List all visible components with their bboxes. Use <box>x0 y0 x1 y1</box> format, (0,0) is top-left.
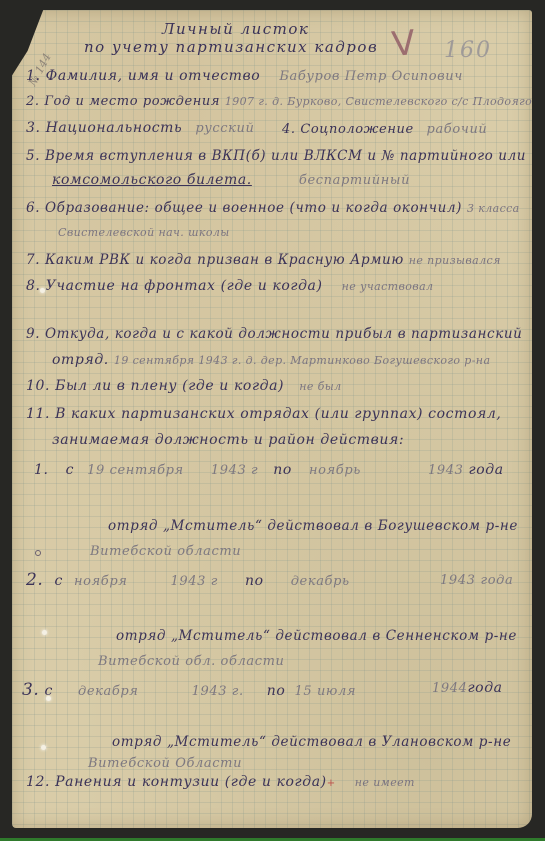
entry-2-from-date: ноября <box>74 574 127 589</box>
document-subtitle: по учету партизанских кадров <box>84 38 378 56</box>
field-5-value: беспартийный <box>299 173 410 188</box>
red-mark: + <box>327 778 336 789</box>
entry-2-detail-1: отряд „Мститель“ действовал в Сенненском… <box>116 628 517 644</box>
entry-3-to-year: 1944 <box>432 681 467 696</box>
entry-2-num: 2. <box>26 570 43 590</box>
field-7-label: 7. Каким РВК и когда призван в Красную А… <box>26 252 404 268</box>
entry-3-to-prefix: по <box>267 683 286 699</box>
field-12-label: 12. Ранения и контузии (где и когда) <box>26 774 327 790</box>
field-5-line2: комсомольского билета. беспартийный <box>52 172 410 188</box>
entry-2-dates: 2. с ноября 1943 г по декабрь <box>26 570 350 590</box>
field-10-value: не был <box>299 380 341 393</box>
entry-2-to-year: 1943 <box>440 573 475 588</box>
entry-3-dates: 3. с декабря 1943 г. по 15 июля <box>22 680 356 700</box>
field-5-label: комсомольского билета. <box>52 172 252 188</box>
field-12: 12. Ранения и контузии (где и когда)+ не… <box>26 774 415 790</box>
check-mark-icon: V <box>390 23 417 65</box>
field-8: 8. Участие на фронтах (где и когда) не у… <box>26 278 433 294</box>
entry-1-num: 1. <box>34 462 49 478</box>
field-9-value: 19 сентября 1943 г. д. дер. Мартинково Б… <box>114 354 491 367</box>
entry-1-dates: 1. с 19 сентября 1943 г по ноябрь <box>34 462 361 478</box>
field-4-label: 4. Соцположение <box>282 122 414 137</box>
scan-frame: № 144 Личный листок по учету партизански… <box>0 0 545 841</box>
pencil-number: 160 <box>444 38 492 63</box>
field-3-value: русский <box>195 121 254 136</box>
entry-1-to-date: ноябрь <box>309 463 361 478</box>
field-7: 7. Каким РВК и когда призван в Красную А… <box>26 252 501 268</box>
field-1: 1. Фамилия, имя и отчество Бабуров Петр … <box>26 68 463 84</box>
small-circle-mark <box>35 550 41 556</box>
entry-1-detail-1: отряд „Мститель“ действовал в Богушевско… <box>108 518 518 534</box>
binder-hole <box>40 288 45 293</box>
field-10-label: 10. Был ли в плену (где и когда) <box>26 378 284 394</box>
entry-1-to-prefix: по <box>273 462 292 478</box>
document-page: № 144 Личный листок по учету партизански… <box>12 10 532 828</box>
field-12-value: не имеет <box>355 776 415 789</box>
field-7-value: не призывался <box>409 254 501 267</box>
entry-2-detail-2: Витебской обл. области <box>98 654 285 669</box>
entry-3-from-year: 1943 г. <box>192 684 244 699</box>
field-8-value: не участвовал <box>342 280 434 293</box>
binder-hole <box>41 745 46 750</box>
field-3: 3. Национальность русский <box>26 120 254 136</box>
document-title: Личный листок <box>162 20 309 38</box>
entry-2-to-date: декабрь <box>291 574 350 589</box>
field-9-label: отряд. <box>52 352 109 368</box>
field-9-line1: 9. Откуда, когда и с какой должности при… <box>26 326 522 342</box>
entry-3-to-date: 15 июля <box>294 684 356 699</box>
binder-hole <box>46 696 51 701</box>
entry-1-from-prefix: с <box>66 462 74 478</box>
field-4-value: рабочий <box>427 122 488 137</box>
entry-1-from-date: 19 сентября <box>87 463 184 478</box>
entry-1-year: 1943 года <box>428 462 504 478</box>
entry-2-year: 1943 года <box>440 572 513 588</box>
entry-3-detail-1: отряд „Мститель“ действовал в Улановском… <box>112 734 511 750</box>
field-5-line1: 5. Время вступления в ВКП(б) или ВЛКСМ и… <box>26 148 526 164</box>
field-6-value-1: 3 класса <box>467 202 520 215</box>
field-2: 2. Год и место рождения 1907 г. д. Бурко… <box>26 94 545 109</box>
entry-2-from-prefix: с <box>54 573 62 589</box>
entry-2-to-prefix: по <box>245 573 264 589</box>
field-11-line2: занимаемая должность и район действия: <box>52 432 404 448</box>
field-8-label: 8. Участие на фронтах (где и когда) <box>26 278 323 294</box>
field-6: 6. Образование: общее и военное (что и к… <box>26 200 520 216</box>
entry-1-to-year: 1943 <box>428 463 463 478</box>
entry-2-from-year: 1943 г <box>171 574 218 589</box>
entry-3-detail-2: Витебской Области <box>88 756 242 771</box>
entry-3-year: 1944года <box>432 680 503 696</box>
field-11-line1: 11. В каких партизанских отрядах (или гр… <box>26 406 501 422</box>
field-1-label: 1. Фамилия, имя и отчество <box>26 68 260 84</box>
entry-1-from-year: 1943 г <box>211 463 258 478</box>
field-1-value: Бабуров Петр Осипович <box>279 69 463 84</box>
field-2-label: 2. Год и место рождения <box>26 94 220 109</box>
field-6-label: 6. Образование: общее и военное (что и к… <box>26 200 462 216</box>
entry-2-year-word: года <box>481 573 514 588</box>
entry-3-year-word: года <box>467 680 502 696</box>
field-4: 4. Соцположение рабочий <box>282 122 487 137</box>
binder-hole <box>42 630 47 635</box>
field-9-line2: отряд. 19 сентября 1943 г. д. дер. Марти… <box>52 352 490 368</box>
entry-1-year-word: года <box>469 462 504 478</box>
field-3-label: 3. Национальность <box>26 120 182 136</box>
field-6-value-2: Свистелевской нач. школы <box>58 226 230 239</box>
entry-1-detail-2: Витебской области <box>90 544 241 559</box>
entry-3-num: 3. <box>22 680 39 700</box>
field-10: 10. Был ли в плену (где и когда) не был <box>26 378 342 394</box>
field-2-value: 1907 г. д. Бурково, Свистелевского с/с П… <box>225 95 545 108</box>
entry-3-from-date: декабря <box>78 684 139 699</box>
